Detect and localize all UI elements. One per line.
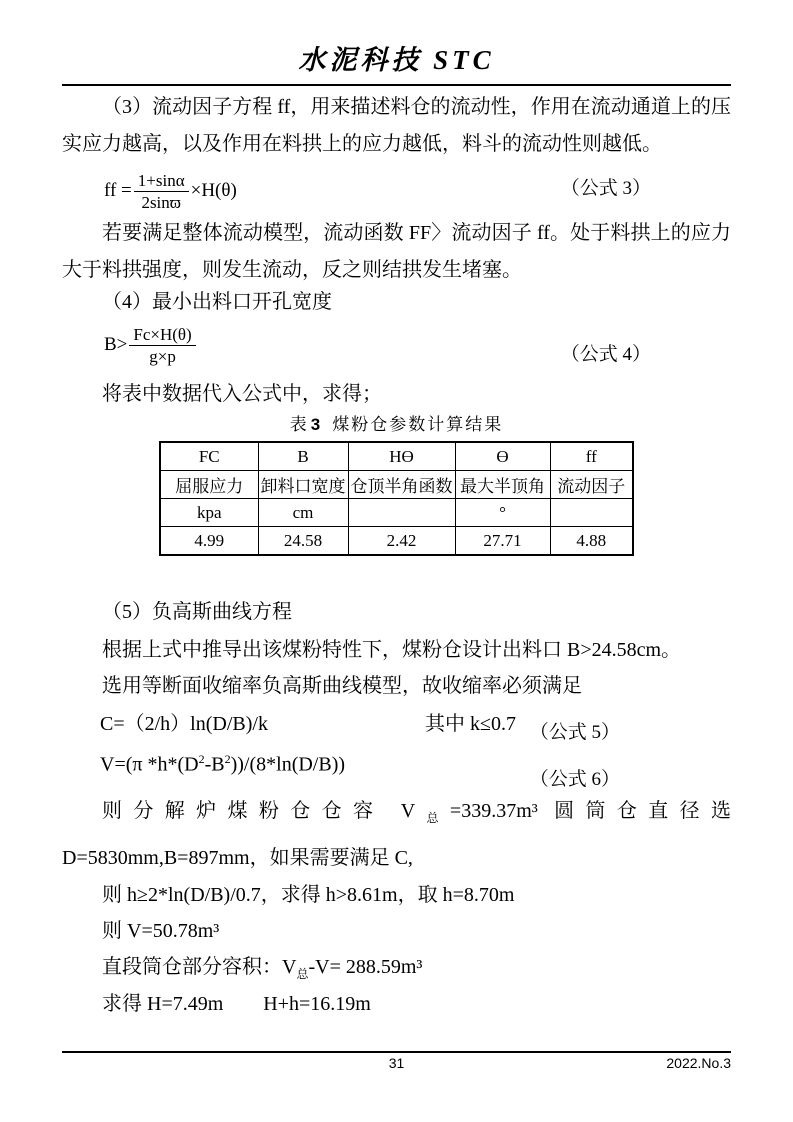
page-footer: 31 2022.No.3: [62, 1055, 731, 1075]
paragraph-final-result: 求得 H=7.49mH+h=16.19m: [62, 986, 731, 1023]
paragraph-model: 选用等断面收缩率负高斯曲线模型，故收缩率必须满足: [62, 670, 731, 703]
formula-3-fraction: 1+sinα 2sinϖ: [134, 170, 189, 213]
table-cell: B: [258, 442, 348, 471]
formula-5: C=（2/h）ln(D/B)/k 其中 k≤0.7 （公式 5）: [62, 703, 731, 746]
paragraph-volume: 则分解炉煤粉仓仓容 V总=339.37m³ 圆筒仓直径选 D=5830mm,B=…: [62, 791, 731, 878]
formula-5-expression: C=（2/h）ln(D/B)/k: [100, 707, 268, 736]
table-cell: ϴ: [455, 442, 550, 471]
formula-6-label: （公式 6）: [530, 764, 620, 791]
paragraph-v-result: 则 V=50.78m³: [62, 913, 731, 949]
paragraph-straight-volume: 直段筒仓部分容积：V总-V= 288.59m³: [62, 949, 731, 986]
formula-6: V=(π *h*(D2-B2))/(8*ln(D/B)) （公式 6）: [62, 746, 731, 791]
table-cell: FC: [160, 442, 258, 471]
formula-3-lhs: ff =: [104, 180, 132, 202]
table-cell: ff: [550, 442, 633, 471]
footer-rule: [62, 1051, 731, 1053]
journal-title: 水泥科技 STC: [62, 0, 731, 78]
table-cell: [348, 499, 455, 527]
formula-3-denominator: 2sinϖ: [137, 192, 185, 213]
table-cell: kpa: [160, 499, 258, 527]
table-row-units: kpa cm °: [160, 499, 633, 527]
parameters-table: FC B Hϴ ϴ ff 屈服应力 卸料口宽度 仓顶半角函数 最大半顶角 流动因…: [159, 441, 634, 556]
formula-6-expression: V=(π *h*(D2-B2))/(8*ln(D/B)): [100, 752, 345, 777]
paragraph-derive: 根据上式中推导出该煤粉特性下，煤粉仓设计出料口 B>24.58cm。: [62, 630, 731, 670]
result-total-height: H+h=16.19m: [263, 993, 371, 1015]
table-cell: Hϴ: [348, 442, 455, 471]
table-row-symbols: FC B Hϴ ϴ ff: [160, 442, 633, 471]
subscript-total: 总: [296, 967, 308, 981]
table-cell: °: [455, 499, 550, 527]
table-cell: 24.58: [258, 527, 348, 556]
formula-3-numerator: 1+sinα: [134, 170, 189, 192]
table-cell: 屈服应力: [160, 471, 258, 499]
table-cell: 2.42: [348, 527, 455, 556]
table-cell: 4.88: [550, 527, 633, 556]
page-number: 31: [62, 1055, 731, 1071]
paragraph-flow-factor: （3）流动因子方程 ff，用来描述料仓的流动性，作用在流动通道上的压实应力越高，…: [62, 89, 731, 163]
formula-3: ff = 1+sinα 2sinϖ ×H(θ) （公式 3）: [62, 167, 731, 215]
heading-section-4: （4）最小出料口开孔宽度: [62, 289, 731, 315]
paragraph-mass-flow: 若要满足整体流动模型，流动函数 FF〉流动因子 ff。处于料拱上的应力大于料拱强…: [62, 215, 731, 289]
formula-4: B> Fc×H(θ) g×p （公式 4）: [62, 315, 731, 375]
paragraph-substitute: 将表中数据代入公式中，求得；: [62, 379, 731, 409]
formula-3-label: （公式 3）: [561, 173, 651, 200]
heading-section-5: （5）负高斯曲线方程: [62, 594, 731, 630]
document-page: 水泥科技 STC （3）流动因子方程 ff，用来描述料仓的流动性，作用在流动通道…: [0, 0, 793, 1122]
formula-5-label: （公式 5）: [530, 717, 620, 744]
formula-3-rhs: ×H(θ): [191, 180, 237, 202]
formula-4-numerator: Fc×H(θ): [129, 324, 195, 346]
page-content: 水泥科技 STC （3）流动因子方程 ff，用来描述料仓的流动性，作用在流动通道…: [0, 0, 793, 1023]
table-cell: 最大半顶角: [455, 471, 550, 499]
subscript-total: 总: [415, 811, 450, 825]
table-cell: 4.99: [160, 527, 258, 556]
table-cell: 仓顶半角函数: [348, 471, 455, 499]
header-rule: [62, 84, 731, 86]
formula-4-label: （公式 4）: [561, 339, 651, 366]
formula-5-condition: 其中 k≤0.7: [425, 707, 516, 736]
formula-4-lhs: B>: [104, 334, 127, 356]
table-caption-prefix: 表: [290, 415, 307, 434]
table-row-values: 4.99 24.58 2.42 27.71 4.88: [160, 527, 633, 556]
table-caption-title: 煤粉仓参数计算结果: [324, 415, 503, 434]
result-h: 求得 H=7.49m: [102, 993, 223, 1015]
table-caption: 表3煤粉仓参数计算结果: [62, 412, 731, 438]
table-cell: 27.71: [455, 527, 550, 556]
table-cell: [550, 499, 633, 527]
issue-number: 2022.No.3: [666, 1055, 731, 1071]
table-row-names: 屈服应力 卸料口宽度 仓顶半角函数 最大半顶角 流动因子: [160, 471, 633, 499]
formula-4-denominator: g×p: [145, 346, 180, 367]
table-cell: 卸料口宽度: [258, 471, 348, 499]
formula-4-fraction: Fc×H(θ) g×p: [129, 324, 195, 367]
table-cell: cm: [258, 499, 348, 527]
table-cell: 流动因子: [550, 471, 633, 499]
table-caption-number: 3: [307, 415, 324, 434]
paragraph-h-calc: 则 h≥2*ln(D/B)/0.7，求得 h>8.61m，取 h=8.70m: [62, 878, 731, 913]
